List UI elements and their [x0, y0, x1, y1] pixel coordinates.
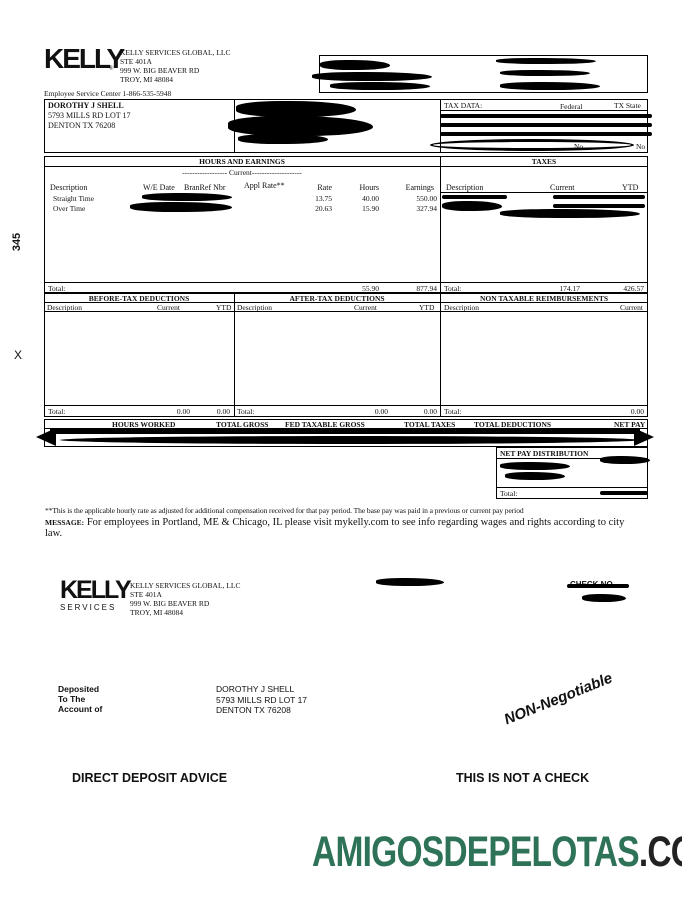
before-tax-title: BEFORE-TAX DEDUCTIONS — [44, 294, 234, 303]
taxes-total-ytd: 426.57 — [600, 284, 644, 293]
tax-data-last-federal: No — [574, 142, 583, 151]
tax-data-label: TAX DATA: — [444, 101, 482, 110]
logo-registered-mark: ® — [109, 66, 114, 72]
employee-address: DOROTHY J SHELL 5793 MILLS RD LOT 17 DEN… — [48, 101, 131, 131]
non-negotiable-stamp: NON-Negotiable — [502, 670, 615, 729]
non-taxable-title: NON TAXABLE REIMBURSEMENTS — [440, 294, 648, 303]
message-text: For employees in Portland, ME & Chicago,… — [45, 517, 624, 539]
col-appl-rate: Appl Rate** — [244, 181, 285, 191]
kelly-logo-services: SERVICES — [60, 603, 116, 612]
total-earnings: 877.94 — [392, 284, 437, 293]
taxes-total-current: 174.17 — [540, 284, 580, 293]
col-we-date: W/E Date — [143, 183, 175, 193]
company-address: KELLY SERVICES GLOBAL, LLC STE 401A 999 … — [120, 48, 230, 84]
tax-data-last-state: No — [636, 142, 645, 151]
taxes-title: TAXES — [440, 157, 648, 166]
tax-data-state: TX State — [614, 101, 641, 110]
deposited-label: Deposited To The Account of — [58, 684, 102, 714]
message: MESSAGE: For employees in Portland, ME &… — [45, 517, 625, 539]
side-mark: X — [14, 348, 22, 362]
footnote: **This is the applicable hourly rate as … — [45, 506, 665, 515]
col-earnings: Earnings — [392, 183, 434, 193]
col-description: Description — [50, 183, 87, 193]
watermark: AMIGOSDEPELOTAS.COM — [312, 826, 682, 878]
col-rate: Rate — [300, 183, 332, 193]
watermark-suffix: .COM — [639, 828, 682, 876]
col-hours: Hours — [345, 183, 379, 193]
earnings-total-label: Total: — [48, 284, 65, 293]
not-a-check: THIS IS NOT A CHECK — [456, 771, 589, 785]
total-hours: 55.90 — [345, 284, 379, 293]
watermark-main: AMIGOSDEPELOTAS — [312, 828, 639, 876]
col-branref: BranRef Nbr — [184, 183, 226, 193]
advice-company-address: KELLY SERVICES GLOBAL, LLC STE 401A 999 … — [130, 581, 240, 617]
side-number: 345 — [11, 233, 23, 251]
net-pay-distribution-title: NET PAY DISTRIBUTION — [500, 449, 588, 458]
taxes-total-label: Total: — [444, 284, 461, 293]
service-center: Employee Service Center 1-866-535-5948 — [44, 89, 171, 98]
direct-deposit-advice: DIRECT DEPOSIT ADVICE — [72, 771, 227, 785]
employee-name: DOROTHY J SHELL — [48, 101, 131, 111]
current-subtitle: ------------------ Current--------------… — [44, 168, 440, 177]
after-tax-title: AFTER-TAX DEDUCTIONS — [234, 294, 440, 303]
payee-address: DOROTHY J SHELL 5793 MILLS RD LOT 17 DEN… — [216, 684, 307, 716]
message-label: MESSAGE: — [45, 518, 84, 527]
kelly-logo-advice: KELLY — [60, 577, 130, 603]
hours-earnings-title: HOURS AND EARNINGS — [44, 157, 440, 166]
